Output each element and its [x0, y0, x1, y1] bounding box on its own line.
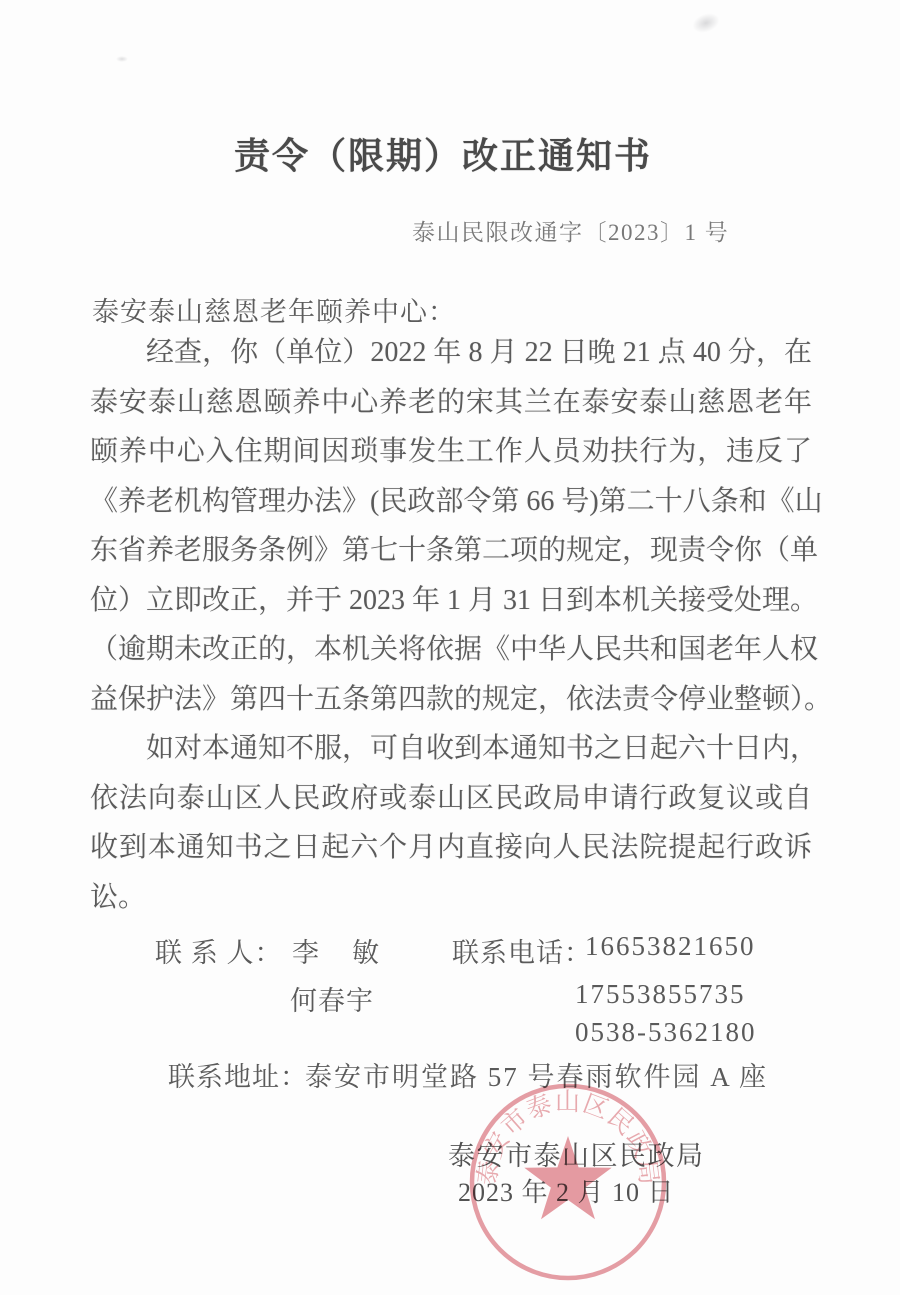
- body-line: 《养老机构管理办法》(民政部令第 66 号)第二十八条和《山: [90, 477, 812, 527]
- contact-phone-label: 联系电话：: [452, 931, 592, 970]
- signature-date: 2023 年 2 月 10 日: [458, 1172, 675, 1209]
- body-line: （逾期未改正的，本机关将依据《中华人民共和国老年人权: [90, 625, 812, 675]
- salutation: 泰安泰山慈恩老年颐养中心：: [92, 290, 456, 329]
- body-line: 收到本通知书之日起六个月内直接向人民法院提起行政诉: [90, 823, 812, 873]
- document-title: 责令（限期）改正通知书: [0, 128, 886, 179]
- body-line: 依法向泰山区人民政府或泰山区民政局申请行政复议或自: [90, 774, 812, 824]
- body-line: 东省养老服务条例》第七十条第二项的规定，现责令你（单: [90, 526, 812, 576]
- scan-artifact: [690, 10, 722, 36]
- contact-address: 泰安市明堂路 57 号春雨软件园 A 座: [305, 1055, 768, 1094]
- contact-address-label: 联系地址：: [168, 1055, 308, 1094]
- body-line: 如对本通知不服，可自收到本通知书之日起六十日内，: [90, 724, 812, 774]
- contact-person-label: 联 系 人：: [155, 931, 283, 970]
- contact-person-2: 何春宇: [290, 979, 374, 1018]
- body-line: 位）立即改正，并于 2023 年 1 月 31 日到本机关接受处理。: [90, 576, 812, 626]
- signature-issuer: 泰安市泰山区民政局: [448, 1134, 705, 1173]
- contact-phone-1: 16653821650: [585, 931, 756, 962]
- body-line: 经查，你（单位）2022 年 8 月 22 日晚 21 点 40 分，在: [90, 328, 812, 378]
- contact-phone-2: 17553855735: [575, 979, 746, 1010]
- body-line: 讼。: [90, 873, 812, 923]
- document-number: 泰山民限改通字〔2023〕1 号: [412, 214, 729, 247]
- contact-phone-3: 0538-5362180: [575, 1017, 757, 1048]
- contact-person-1: 李 敏: [292, 931, 382, 970]
- body-line: 泰安泰山慈恩颐养中心养老的宋其兰在泰安泰山慈恩老年: [90, 378, 812, 428]
- body-line: 益保护法》第四十五条第四款的规定，依法责令停业整顿）。: [90, 675, 812, 725]
- body-line: 颐养中心入住期间因琐事发生工作人员劝扶行为，违反了: [90, 427, 812, 477]
- scan-artifact: [116, 56, 128, 62]
- document-page: 责令（限期）改正通知书 泰山民限改通字〔2023〕1 号 泰安泰山慈恩老年颐养中…: [0, 0, 900, 1295]
- body-text: 经查，你（单位）2022 年 8 月 22 日晚 21 点 40 分，在 泰安泰…: [90, 328, 812, 922]
